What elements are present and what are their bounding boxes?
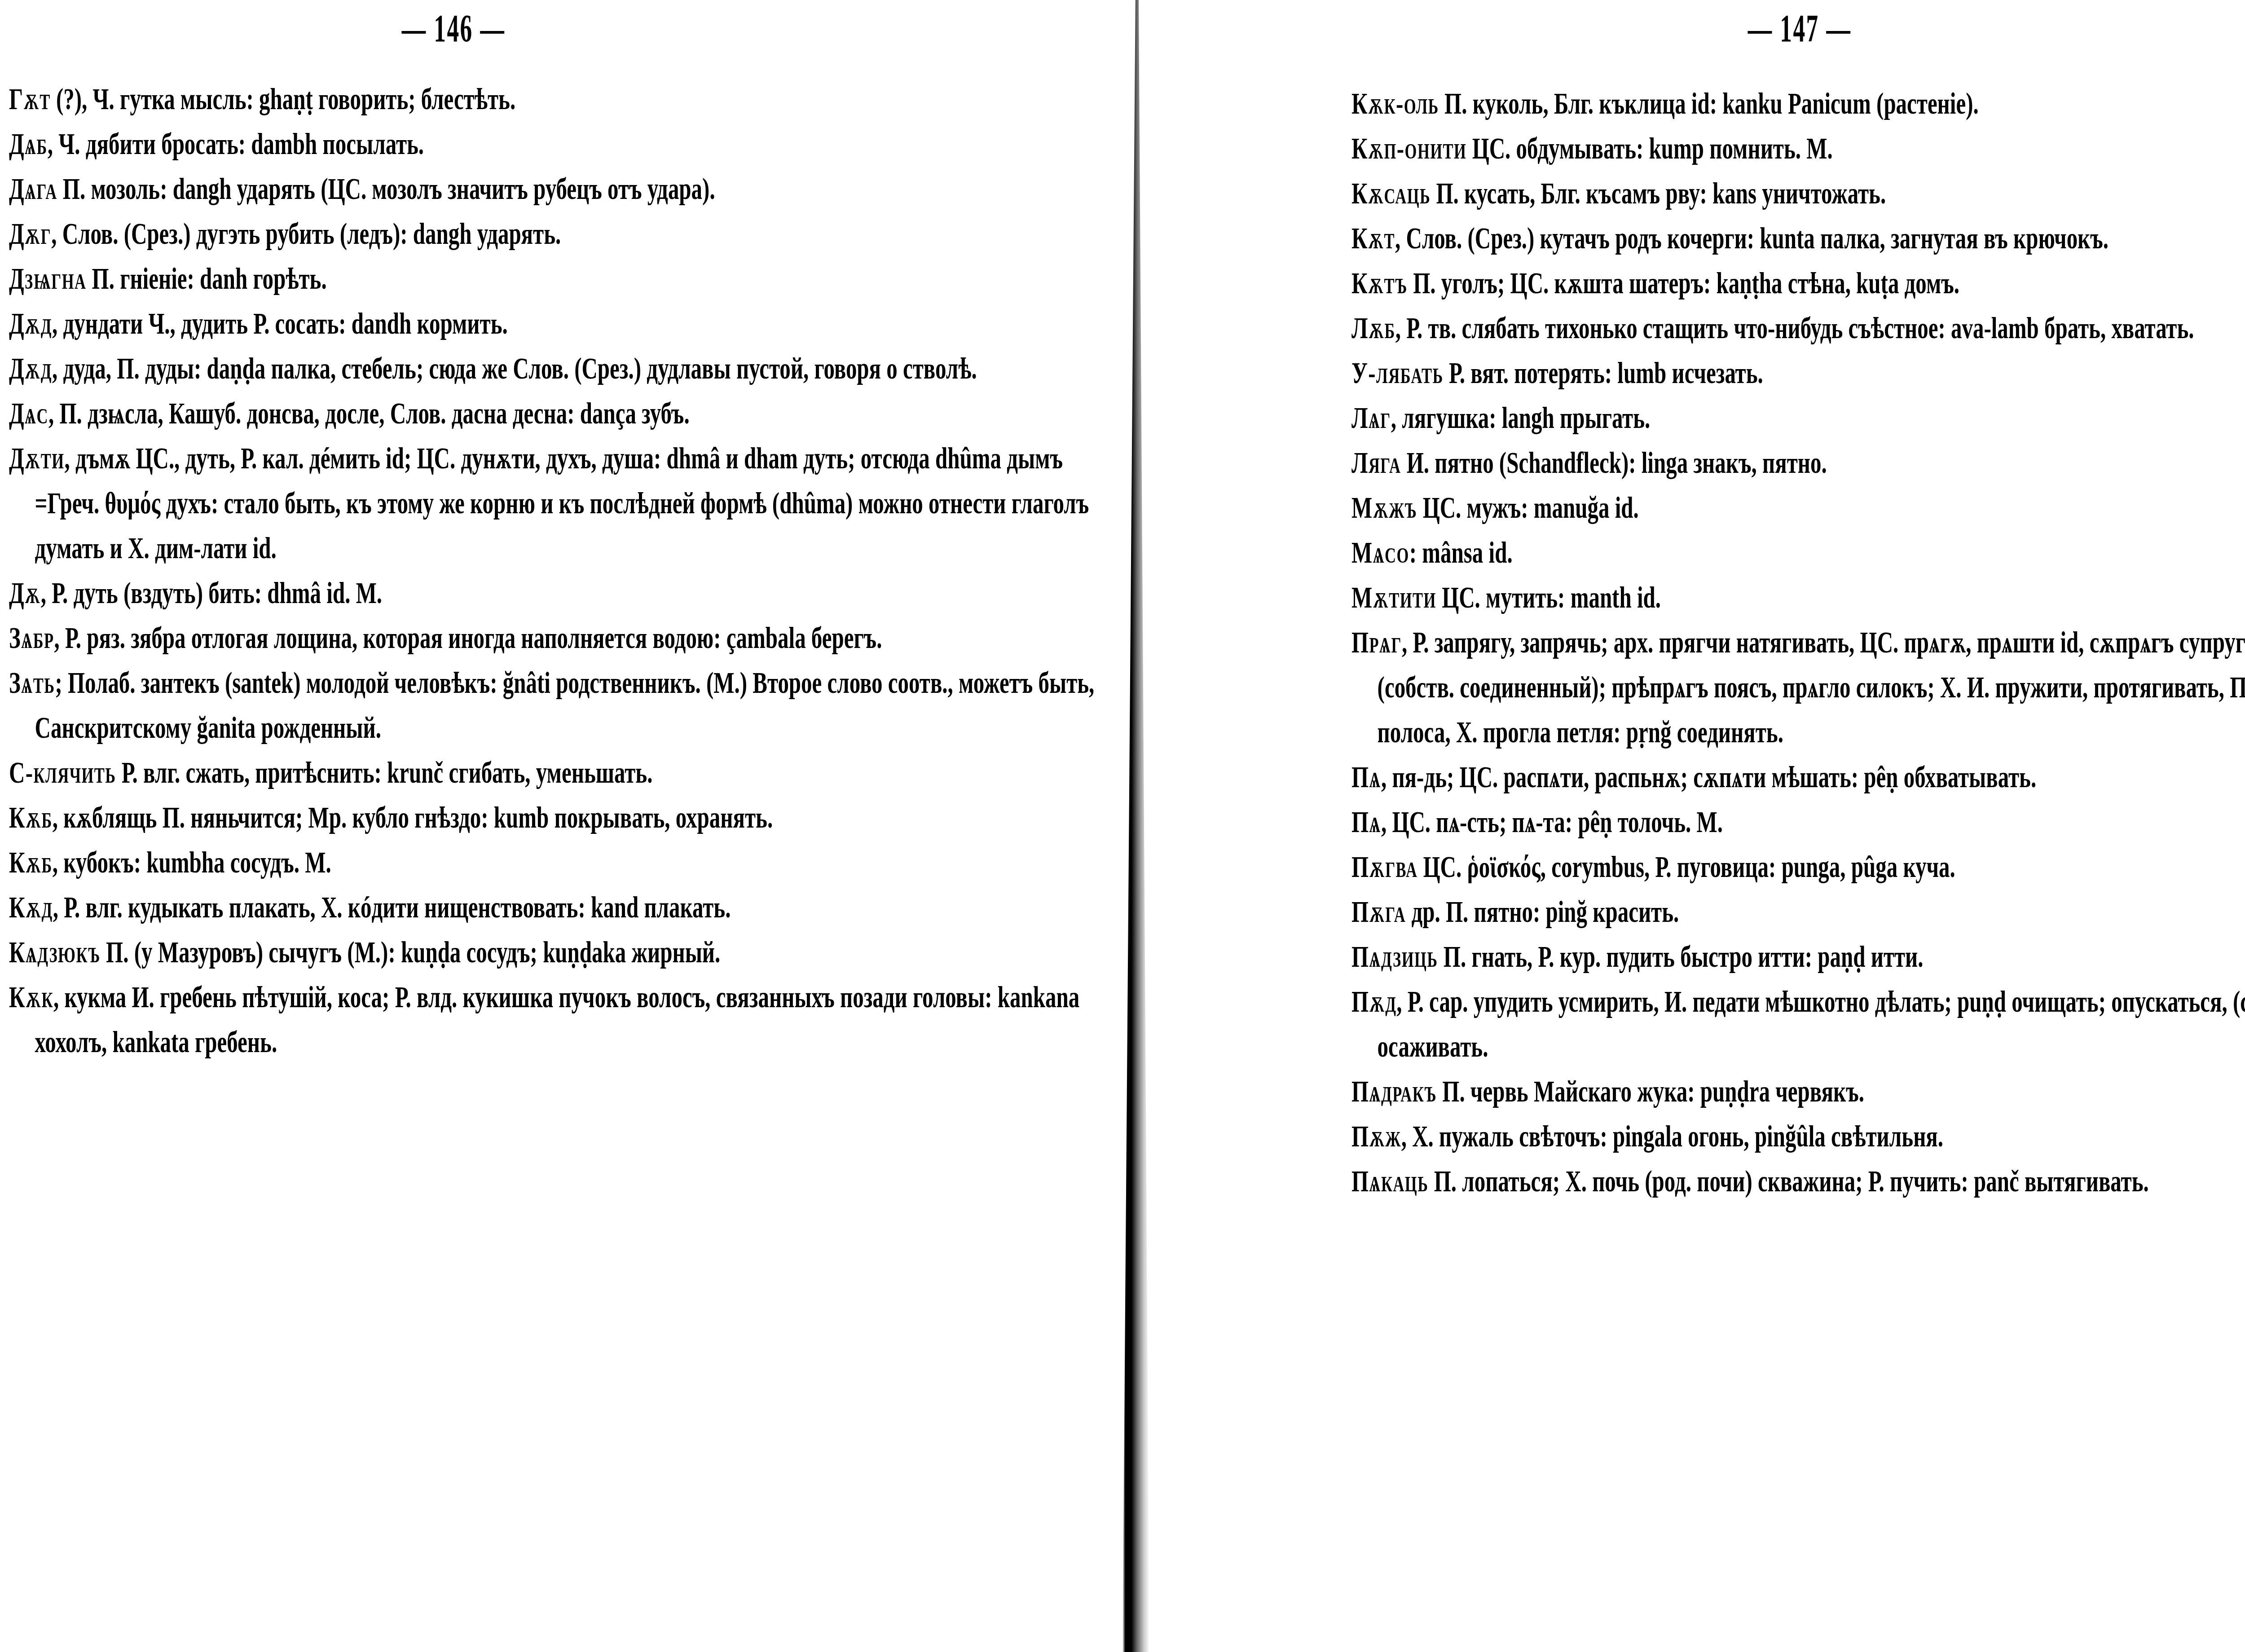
entry-definition: , Р. сар. упудить усмирить, И. педати мѣ… [1378,984,2245,1063]
entry-headword: Пѫд [1351,984,1396,1018]
entry-headword: Мѫтити [1351,580,1436,614]
entry-definition: П. (у Мазуровъ) сычугъ (М.): kuṇḍa сосуд… [101,935,720,969]
entry-headword: Кѫк-оль [1351,86,1439,120]
dictionary-entry: Пѧкаць П. лопаться; Х. почь (род. почи) … [1351,1159,2245,1203]
entry-headword: Кѫп-онити [1351,131,1466,165]
dictionary-entry: Дѧга П. мозоль: dangh ударять (ЦС. мозол… [9,166,1095,211]
dictionary-entry: Дѧб, Ч. дябити бросать: dambh посылать. [9,121,1095,166]
entry-definition: П. уголъ; ЦС. кѫшта шатеръ: kaṇṭha стѣна… [1408,266,1959,300]
dictionary-entry: Дѫ, Р. дуть (вздуть) бить: dhmâ id. М. [9,570,1095,615]
entry-definition: , Ч. дябити бросать: dambh посылать. [48,127,424,161]
entry-headword: Дѫ [9,576,41,610]
dictionary-entry: Лѧг, лягушка: langh прыгать. [1351,395,2245,440]
dictionary-entry: Зѧть; Полаб. зантекъ (santek) молодой че… [9,660,1095,750]
dictionary-entry: Пѫд, Р. сар. упудить усмирить, И. педати… [1351,979,2245,1069]
dictionary-entry: Мѫжъ ЦС. мужъ: manuğa id. [1351,485,2245,530]
entry-definition: , Слов. (Срез.) дугэть рубить (ледъ): da… [51,216,561,251]
entry-definition: : mânsa id. [1409,535,1513,569]
entry-headword: Мѫжъ [1351,490,1417,524]
page-number-right: — 147 — [1494,4,2105,53]
dictionary-entry: Мѧсо: mânsa id. [1351,530,2245,575]
dictionary-entry: Кѫсаць П. кусать, Блг. късамъ рву: kans … [1351,171,2245,216]
dictionary-entry: Пѧ, пя-дь; ЦС. распѧти, распьнѫ; сѫпѧти … [1351,754,2245,799]
entry-headword: У-лябать [1351,356,1444,390]
left-page: — 146 — Гѫт (?), Ч. гутка мысль: ghaṇṭ г… [0,0,1078,1652]
dictionary-entry: Кѧдзюкъ П. (у Мазуровъ) сычугъ (М.): kuṇ… [9,930,1095,974]
entry-definition: (?), Ч. гутка мысль: ghaṇṭ говорить; бле… [51,82,516,116]
page-number-left: — 146 — [72,4,835,53]
entry-headword: Кѫк [9,980,53,1014]
entry-definition: П. лопаться; Х. почь (род. почи) скважин… [1428,1164,2148,1198]
dictionary-entry: Дѫд, дуда, П. дуды: daṇḍa палка, стебель… [9,346,1095,391]
entry-headword: Кѫсаць [1351,176,1431,210]
entry-headword: Зѧть [9,665,55,700]
dictionary-entry: Ляга И. пятно (Schandfleck): linga знакъ… [1351,440,2245,485]
entry-definition: П. гнать, Р. кур. пудить быстро итти: pa… [1438,939,1924,974]
entry-headword: Пѫга [1351,894,1406,929]
dictionary-entry: Кѫб, кубокъ: kumbha сосудъ. М. [9,840,1095,885]
entry-headword: Кѧдзюкъ [9,935,101,969]
dictionary-entry: Дѫг, Слов. (Срез.) дугэть рубить (ледъ):… [9,211,1095,256]
dictionary-entry: Кѫб, кѫблящь П. няньчится; Мр. кубло гнѣ… [9,795,1095,840]
entry-definition: Р. влг. сжать, притѣснить: krunč сгибать… [116,755,653,789]
dictionary-entry: Дѫд, дундати Ч., дудить Р. сосать: dandh… [9,301,1095,346]
entry-headword: С-клячить [9,755,116,789]
entry-headword: Пѫж [1351,1119,1401,1153]
entry-definition: , Р. дуть (вздуть) бить: dhmâ id. М. [41,576,382,610]
entry-definition: др. П. пятно: pinğ красить. [1406,894,1679,929]
entry-headword: Пѧкаць [1351,1164,1428,1198]
entry-headword: Пѧдзиць [1351,939,1438,974]
entry-headword: Дѫд [9,306,52,340]
entry-headword: Кѫтъ [1351,266,1408,300]
entry-headword: Лѫб [1351,311,1395,345]
entry-definition: , кукма И. гребень пѣтушій, коса; Р. влд… [35,980,1080,1059]
entry-headword: Дѫти [9,441,65,475]
entry-headword: Ляга [1351,445,1401,480]
entry-definition: , кѫблящь П. няньчится; Мр. кубло гнѣздо… [53,800,773,834]
entry-headword: Кѫб [9,845,53,879]
entry-headword: Дѧга [9,172,57,206]
entry-headword: Пѫгва [1351,850,1417,884]
dictionary-entry: Кѫк-оль П. куколь, Блг. къклица id: kank… [1351,81,2245,126]
entry-headword: Гѫт [9,82,51,116]
dictionary-entry: Гѫт (?), Ч. гутка мысль: ghaṇṭ говорить;… [9,76,1095,121]
dictionary-entry: Пѧ, ЦС. пѧ-сть; пѧ-та: pêṇ толочь. М. [1351,799,2245,844]
book-spine-gutter [1122,0,1149,1652]
dictionary-entry: С-клячить Р. влг. сжать, притѣснить: kru… [9,750,1095,795]
entry-definition: , ЦС. пѧ-сть; пѧ-та: pêṇ толочь. М. [1381,805,1723,839]
entry-headword: Дѧб [9,127,48,161]
dictionary-entry: Мѫтити ЦС. мутить: manth id. [1351,575,2245,620]
entry-headword: Пѧ [1351,760,1381,794]
dictionary-entry: Дѫти, дъмѫ ЦС., дуть, Р. кал. дéмить id;… [9,436,1095,570]
dictionary-entry: Пѧдракъ П. червь Майскаго жука: puṇḍra ч… [1351,1069,2245,1114]
dictionary-entry: Кѫт, Слов. (Срез.) кутачъ родъ кочерги: … [1351,216,2245,260]
entry-definition: ; Полаб. зантекъ (santek) молодой человѣ… [35,665,1095,745]
entry-headword: Зѧбр [9,621,54,655]
entry-headword: Кѫд [9,890,53,924]
entry-definition: , П. дзѩсла, Кашуб. донсва, досле, Слов.… [48,396,690,430]
entry-definition: , дъмѫ ЦС., дуть, Р. кал. дéмить id; ЦС.… [35,441,1089,565]
entry-definition: , Р. тв. слябать тихонько стащить что-ни… [1395,311,2194,345]
entry-definition: , кубокъ: kumbha сосудъ. М. [53,845,331,879]
entry-headword: Лѧг [1351,401,1391,435]
entry-headword: Мѧсо [1351,535,1409,569]
entry-definition: , Х. пужаль свѣточъ: pingala огонь, pinğ… [1401,1119,1943,1153]
entry-definition: , Р. влг. кудыкать плакать, Х. кóдити ни… [53,890,731,924]
entry-definition: , Слов. (Срез.) кутачъ родъ кочерги: kun… [1395,221,2109,255]
dictionary-entry: Зѧбр, Р. ряз. зябра отлогая лощина, кото… [9,615,1095,660]
dictionary-entry: Лѫб, Р. тв. слябать тихонько стащить что… [1351,305,2245,350]
dictionary-entry: Дѧс, П. дзѩсла, Кашуб. донсва, досле, Сл… [9,391,1095,436]
entry-definition: П. кусать, Блг. късамъ рву: kans уничтож… [1431,176,1886,210]
right-page: — 147 — Кѫк-оль П. куколь, Блг. къклица … [1284,0,2245,1652]
entry-definition: , дундати Ч., дудить Р. сосать: dandh ко… [52,306,508,340]
entry-definition: , лягушка: langh прыгать. [1391,401,1651,435]
entry-definition: И. пятно (Schandfleck): linga знакъ, пят… [1401,445,1827,480]
entry-definition: Р. вят. потерять: lumb исчезать. [1444,356,1763,390]
entry-definition: , пя-дь; ЦС. распѧти, распьнѫ; сѫпѧти мѣ… [1381,760,2036,794]
entry-list-left: Гѫт (?), Ч. гутка мысль: ghaṇṭ говорить;… [9,76,1069,1064]
entry-headword: Дѫд [9,351,52,385]
dictionary-entry: Кѫп-онити ЦС. обдумывать: kump помнить. … [1351,126,2245,171]
dictionary-entry: Кѫд, Р. влг. кудыкать плакать, Х. кóдити… [9,885,1095,930]
dictionary-entry: Пѫж, Х. пужаль свѣточъ: pingala огонь, p… [1351,1114,2245,1159]
entry-headword: Прѧг [1351,625,1402,659]
entry-definition: П. гніеніе: danh горѣть. [86,261,326,295]
dictionary-entry: Пѫгва ЦС. ῥοϊσκός, corymbus, Р. пуговица… [1351,844,2245,889]
entry-headword: Дзѩгна [9,261,86,295]
entry-definition: , Р. ряз. зябра отлогая лощина, которая … [54,621,882,655]
entry-headword: Пѧ [1351,805,1381,839]
dictionary-entry: Прѧг, Р. запрягу, запрячь; арх. прягчи н… [1351,620,2245,754]
entry-list-right: Кѫк-оль П. куколь, Блг. къклица id: kank… [1351,81,2245,1203]
entry-definition: ЦС. обдумывать: kump помнить. М. [1466,131,1832,165]
entry-definition: , Р. запрягу, запрячь; арх. прягчи натяг… [1378,625,2245,749]
dictionary-entry: Пѧдзиць П. гнать, Р. кур. пудить быстро … [1351,934,2245,979]
dictionary-entry: Дзѩгна П. гніеніе: danh горѣть. [9,256,1095,301]
entry-definition: ЦС. ῥοϊσκός, corymbus, Р. пуговица: pung… [1417,850,1955,884]
entry-headword: Пѧдракъ [1351,1074,1437,1108]
entry-headword: Кѫт [1351,221,1395,255]
dictionary-entry: У-лябать Р. вят. потерять: lumb исчезать… [1351,350,2245,395]
dictionary-entry: Пѫга др. П. пятно: pinğ красить. [1351,889,2245,934]
entry-definition: ЦС. мутить: manth id. [1436,580,1661,614]
entry-headword: Дѧс [9,396,48,430]
dictionary-entry: Кѫк, кукма И. гребень пѣтушій, коса; Р. … [9,974,1095,1064]
entry-headword: Кѫб [9,800,53,834]
entry-headword: Дѫг [9,216,51,251]
entry-definition: П. мозоль: dangh ударять (ЦС. мозолъ зна… [57,172,715,206]
entry-definition: П. куколь, Блг. къклица id: kanku Panicu… [1439,86,1979,120]
dictionary-entry: Кѫтъ П. уголъ; ЦС. кѫшта шатеръ: kaṇṭha … [1351,260,2245,305]
entry-definition: П. червь Майскаго жука: puṇḍra червякъ. [1437,1074,1864,1108]
entry-definition: ЦС. мужъ: manuğa id. [1417,490,1638,524]
entry-definition: , дуда, П. дуды: daṇḍa палка, стебель; с… [52,351,977,385]
